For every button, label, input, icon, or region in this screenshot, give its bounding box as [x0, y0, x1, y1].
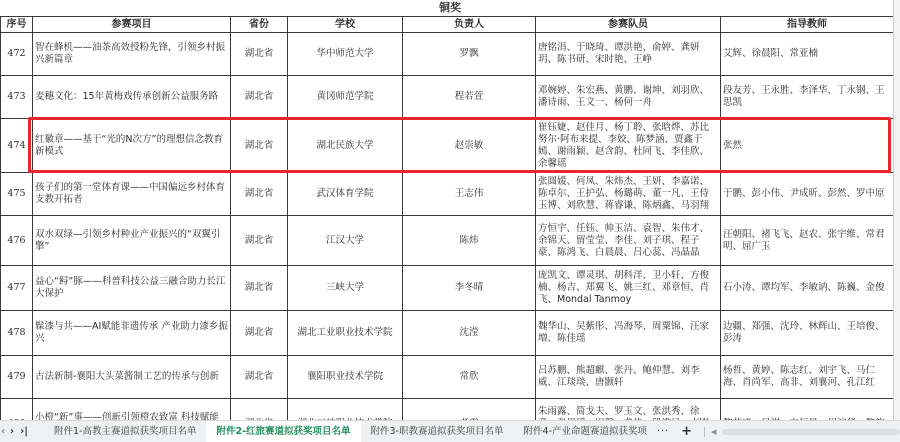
cell-teachers[interactable]: 段友芳、王永胜、李泽华、丁永钢、王思凯 [721, 76, 894, 119]
cell-index[interactable]: 479 [1, 356, 33, 399]
scroll-left-arrow-icon[interactable]: ◀ [711, 428, 716, 436]
col-header-project[interactable]: 参赛项目 [33, 17, 231, 33]
cell-teachers[interactable]: 艾辉、徐晨阳、常亚楠 [721, 33, 894, 76]
cell-teachers[interactable]: 于鹏、彭小伟、尹成昕、彭然、罗中原 [721, 173, 894, 216]
cell-members[interactable]: 魏华山、吴紫彤、冯海琴、周粟锦、汪家増、陈佳瑶 [536, 311, 721, 356]
header-row: 序号 参赛项目 省份 学校 负责人 参赛队员 指导教师 [1, 17, 894, 33]
cell-school[interactable]: 三峡大学 [288, 266, 403, 311]
cell-index[interactable]: 472 [1, 33, 33, 76]
cell-index[interactable]: 474 [1, 119, 33, 173]
cell-index[interactable]: 475 [1, 173, 33, 216]
cell-project[interactable]: 小橙“新”事——创新引领橙农致富 科技赋能乡村振兴 [33, 399, 231, 421]
cell-project[interactable]: 红徽章——基于“光的N次方”的理想信念教育新模式 [33, 119, 231, 173]
cell-teachers[interactable]: 张然 [721, 119, 894, 173]
table-row: 477 益心“鲟”豚——科普科技公益三融合助力长江大保护 湖北省 三峡大学 李冬… [1, 266, 894, 311]
sheet-tab-3[interactable]: 附件3-职教赛道拟获奖项目名单 [361, 421, 514, 442]
cell-teachers[interactable]: 边疆、郑强、沈玲、林辉山、王培俊、彭涛 [721, 311, 894, 356]
cell-teachers[interactable]: 石小涛、谭均军、李敏讷、陈巍、金俊 [721, 266, 894, 311]
col-header-province[interactable]: 省份 [231, 17, 288, 33]
horizontal-scrollbar[interactable] [722, 429, 900, 435]
cell-leader[interactable]: 李冬晴 [403, 266, 536, 311]
table-row: 473 麦穗文化：15年黄梅戏传承创新公益服务路 湖北省 黄冈师范学院 程若萱 … [1, 76, 894, 119]
tab-divider [704, 427, 705, 437]
cell-members[interactable]: 吕苏鹏、熊超麒、张丹、鲍仲慧、刘李威、江琰琰、唐颢轩 [536, 356, 721, 399]
cell-leader[interactable]: 赵崇敏 [403, 119, 536, 173]
cell-teachers[interactable]: 汪朝阳、褚飞飞、赵农、张宇维、常君明、屈广玉 [721, 216, 894, 266]
add-sheet-button[interactable]: + [675, 424, 698, 439]
cell-province[interactable]: 湖北省 [231, 216, 288, 266]
cell-index[interactable]: 480 [1, 399, 33, 421]
cell-members[interactable]: 朱雨露、简戈夫、罗玉文、张洪秀、徐意、张思瑶、田馨、龚佳、段维凤、卢刚源、俞新月… [536, 399, 721, 421]
cell-school[interactable]: 武汉体育学院 [288, 173, 403, 216]
award-level-title: 铜奖 [0, 0, 900, 16]
cell-members[interactable]: 崔钰婕、赵佳月、杨丁聆、张晗烨、苏比努尔·阿布来提、李姣、陈梦涵、贾鑫于嫣、谢雨… [536, 119, 721, 173]
cell-project[interactable]: 智在蜂机——油茶高效授粉先锋，引领乡村振兴新篇章 [33, 33, 231, 76]
col-header-index[interactable]: 序号 [1, 17, 33, 33]
cell-members[interactable]: 邓婉婷、朱宏燕、黄鹏、谢坤、刘羽欣、潘诗雨、王文一、杨何一舟 [536, 76, 721, 119]
cell-members[interactable]: 唐铭涓、于晓琦、谭洪艳、俞婷、龚妍玥、陈书研、宋时艳、王峥 [536, 33, 721, 76]
cell-school[interactable]: 华中师范大学 [288, 33, 403, 76]
cell-province[interactable]: 湖北省 [231, 76, 288, 119]
cell-leader[interactable]: 陈炜 [403, 216, 536, 266]
cell-project[interactable]: 古法新制-襄阳大头菜酱制工艺的传承与创新 [33, 356, 231, 399]
table-row: 472 智在蜂机——油茶高效授粉先锋，引领乡村振兴新篇章 湖北省 华中师范大学 … [1, 33, 894, 76]
cell-project[interactable]: 髹漆与共——AI赋能非遗传承 产业助力漆乡振兴 [33, 311, 231, 356]
cell-province[interactable]: 湖北省 [231, 399, 288, 421]
cell-leader[interactable]: 沈滢 [403, 311, 536, 356]
cell-teachers[interactable]: 黎芝盛、吴祺、向恒星、周演华、黎韵 [721, 399, 894, 421]
table-row: 478 髹漆与共——AI赋能非遗传承 产业助力漆乡振兴 湖北省 湖北工业职业技术… [1, 311, 894, 356]
sheet-tab-bar: ‹ › ›| 附件1-高教主赛道拟获奖项目名单 附件2-红旅赛道拟获奖项目名单 … [0, 420, 900, 442]
cell-province[interactable]: 湖北省 [231, 311, 288, 356]
cell-members[interactable]: 庞凯文、谭灵琪、胡科洋、卫小轩、方俊楠、杨吉、郑翼飞、姚三红、邓章恒、肖飞、Mo… [536, 266, 721, 311]
cell-province[interactable]: 湖北省 [231, 119, 288, 173]
vertical-scrollbar[interactable] [893, 0, 900, 420]
sheet-tab-4[interactable]: 附件4-产业命题赛道拟获奖项 [514, 421, 651, 442]
cell-province[interactable]: 湖北省 [231, 356, 288, 399]
col-header-teachers[interactable]: 指导教师 [721, 17, 894, 33]
table-row-highlighted: 474 红徽章——基于“光的N次方”的理想信念教育新模式 湖北省 湖北民族大学 … [1, 119, 894, 173]
cell-school[interactable]: 黄冈师范学院 [288, 76, 403, 119]
cell-project[interactable]: 麦穗文化：15年黄梅戏传承创新公益服务路 [33, 76, 231, 119]
cell-school[interactable]: 湖北工业职业技术学院 [288, 311, 403, 356]
cell-index[interactable]: 478 [1, 311, 33, 356]
cell-index[interactable]: 473 [1, 76, 33, 119]
cell-teachers[interactable]: 杨哲、黄婷、陈志红、刘宇飞、马仁海、肖尚军、高非、刘襄河、孔江红 [721, 356, 894, 399]
award-table: 序号 参赛项目 省份 学校 负责人 参赛队员 指导教师 472 智在蜂机——油茶… [0, 16, 894, 420]
table-row: 480 小橙“新”事——创新引领橙农致富 科技赋能乡村振兴 湖北省 湖北三峡职业… [1, 399, 894, 421]
cell-leader[interactable]: 孝雪 [403, 399, 536, 421]
cell-index[interactable]: 477 [1, 266, 33, 311]
cell-project[interactable]: 孩子们的第一堂体育课——中国偏远乡村体育支教开拓者 [33, 173, 231, 216]
cell-members[interactable]: 方恒宇、任钰、帅玉洁、袁智、朱伟才、余锦天、留莹莹、李佳、刘子琪、程子豪、陈鸿飞… [536, 216, 721, 266]
table-row: 475 孩子们的第一堂体育课——中国偏远乡村体育支教开拓者 湖北省 武汉体育学院… [1, 173, 894, 216]
table-row: 479 古法新制-襄阳大头菜酱制工艺的传承与创新 湖北省 襄阳职业技术学院 常欣… [1, 356, 894, 399]
cell-project[interactable]: 双水双绿—引领乡村种业产业振兴的“双翼引擎” [33, 216, 231, 266]
sheet-tab-2-active[interactable]: 附件2-红旅赛道拟获奖项目名单 [206, 421, 360, 442]
cell-leader[interactable]: 常欣 [403, 356, 536, 399]
col-header-leader[interactable]: 负责人 [403, 17, 536, 33]
cell-index[interactable]: 476 [1, 216, 33, 266]
sheet-tab-1[interactable]: 附件1-高教主赛道拟获奖项目名单 [44, 421, 206, 442]
tab-scroll-last-button[interactable]: ›| [18, 426, 30, 437]
cell-leader[interactable]: 罗飘 [403, 33, 536, 76]
col-header-school[interactable]: 学校 [288, 17, 403, 33]
cell-school[interactable]: 江汉大学 [288, 216, 403, 266]
cell-leader[interactable]: 王志伟 [403, 173, 536, 216]
cell-leader[interactable]: 程若萱 [403, 76, 536, 119]
cell-members[interactable]: 张圆媛、何凤、朱炜杰、王妍、李嘉诺、陈卓尔、王护弘、杨璐萌、董一凡、王侍玉博、刘… [536, 173, 721, 216]
cell-school[interactable]: 湖北民族大学 [288, 119, 403, 173]
col-header-members[interactable]: 参赛队员 [536, 17, 721, 33]
tab-scroll-next-button[interactable]: › [6, 426, 18, 437]
cell-province[interactable]: 湖北省 [231, 173, 288, 216]
more-sheets-button[interactable]: ··· [651, 426, 675, 437]
cell-province[interactable]: 湖北省 [231, 33, 288, 76]
cell-project[interactable]: 益心“鲟”豚——科普科技公益三融合助力长江大保护 [33, 266, 231, 311]
cell-school[interactable]: 襄阳职业技术学院 [288, 356, 403, 399]
table-row: 476 双水双绿—引领乡村种业产业振兴的“双翼引擎” 湖北省 江汉大学 陈炜 方… [1, 216, 894, 266]
cell-school[interactable]: 湖北三峡职业技术学院 [288, 399, 403, 421]
cell-province[interactable]: 湖北省 [231, 266, 288, 311]
spreadsheet-sheet: 铜奖 序号 参赛项目 省份 学校 负责人 参赛队员 指导教师 472 智在蜂机—… [0, 0, 900, 420]
